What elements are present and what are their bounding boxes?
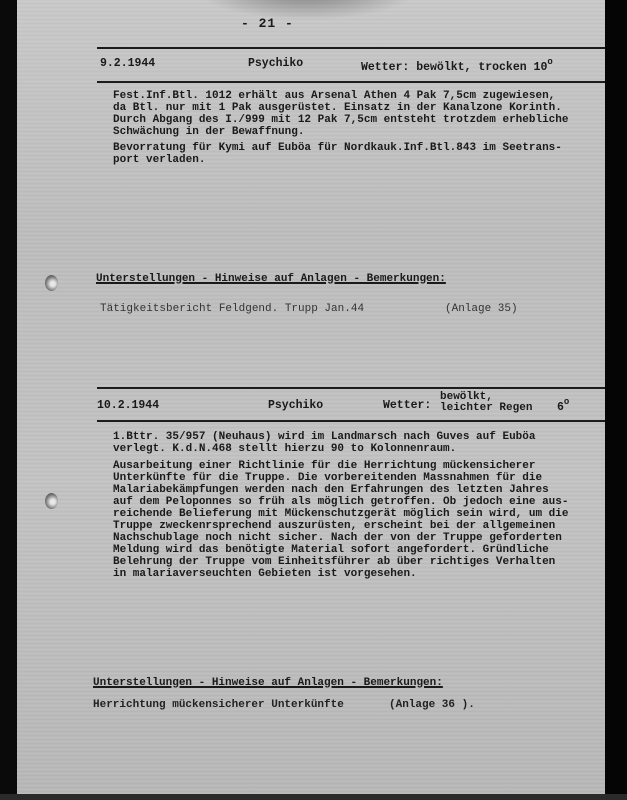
text-line: da Btl. nur mit 1 Pak ausgerüstet. Einsa… — [113, 102, 562, 114]
text-line: Nachschublage noch nicht sicher. Nach de… — [113, 532, 562, 544]
punch-hole — [45, 275, 58, 291]
degree-sign: o — [547, 57, 552, 67]
divider — [97, 81, 605, 83]
notes-heading: Unterstellungen - Hinweise auf Anlagen -… — [96, 273, 446, 285]
entry-paragraph: Bevorratung für Kymi auf Euböa für Nordk… — [113, 142, 605, 166]
text-line: auf dem Peloponnes so früh als möglich g… — [113, 496, 568, 508]
entry-place: Psychiko — [268, 399, 323, 412]
weather-value: bewölkt, leichter Regen — [440, 392, 532, 414]
note-text: Tätigkeitsbericht Feldgend. Trupp Jan.44 — [100, 303, 364, 315]
entry-paragraph: Fest.Inf.Btl. 1012 erhält aus Arsenal At… — [113, 90, 605, 138]
text-line: 1.Bttr. 35/957 (Neuhaus) wird im Landmar… — [113, 431, 535, 443]
document-page: - 21 - 9.2.1944 Psychiko Wetter: bewölkt… — [17, 0, 605, 794]
text-line: verlegt. K.d.N.468 stellt hierzu 90 to K… — [113, 443, 456, 455]
entry-place: Psychiko — [248, 57, 303, 70]
page-number: - 21 - — [241, 16, 294, 31]
entry-paragraph: Ausarbeitung einer Richtlinie für die He… — [113, 460, 605, 580]
scan-border — [0, 794, 627, 800]
entry-weather: Wetter: bewölkt, trocken 10o — [361, 57, 553, 74]
attachment-ref: (Anlage 35) — [445, 303, 518, 315]
note-text: Herrichtung mückensicherer Unterkünfte — [93, 699, 344, 711]
weather-label: Wetter: — [383, 399, 431, 412]
text-line: reichende Belieferung mit Mückenschutzge… — [113, 508, 568, 520]
scan-border — [605, 0, 627, 800]
text-line: Bevorratung für Kymi auf Euböa für Nordk… — [113, 142, 562, 154]
weather-value: bewölkt, trocken 10 — [416, 61, 547, 74]
attachment-ref: (Anlage 36 ). — [389, 699, 475, 711]
entry-paragraph: 1.Bttr. 35/957 (Neuhaus) wird im Landmar… — [113, 431, 605, 455]
text-line: Malariabekämpfungen werden nach den Erfa… — [113, 484, 549, 496]
text-line: Schwächung in der Bewaffnung. — [113, 126, 304, 138]
divider — [97, 47, 605, 49]
divider — [97, 420, 605, 422]
text-line: Fest.Inf.Btl. 1012 erhält aus Arsenal At… — [113, 90, 555, 102]
text-line: Meldung wird das benötigte Material sofo… — [113, 544, 549, 556]
divider — [97, 387, 605, 389]
weather-label: Wetter: — [361, 61, 409, 74]
degree-sign: o — [564, 397, 569, 407]
text-line: Ausarbeitung einer Richtlinie für die He… — [113, 460, 535, 472]
entry-date: 9.2.1944 — [100, 57, 155, 70]
text-line: Durch Abgang des I./999 mit 12 Pak 7,5cm… — [113, 114, 568, 126]
text-line: Unterkünfte für die Truppe. Die vorberei… — [113, 472, 542, 484]
temperature: 6o — [557, 397, 569, 414]
weather-line: leichter Regen — [440, 403, 532, 414]
text-line: in malariaverseuchten Gebieten ist vorge… — [113, 568, 417, 580]
entry-date: 10.2.1944 — [97, 399, 159, 412]
text-line: Truppe zweckenrsprechend auszurüsten, er… — [113, 520, 555, 532]
text-line: Belehrung der Truppe vom Einheitsführer … — [113, 556, 555, 568]
notes-heading: Unterstellungen - Hinweise auf Anlagen -… — [93, 677, 443, 689]
text-line: port verladen. — [113, 154, 205, 166]
punch-hole — [45, 493, 58, 509]
